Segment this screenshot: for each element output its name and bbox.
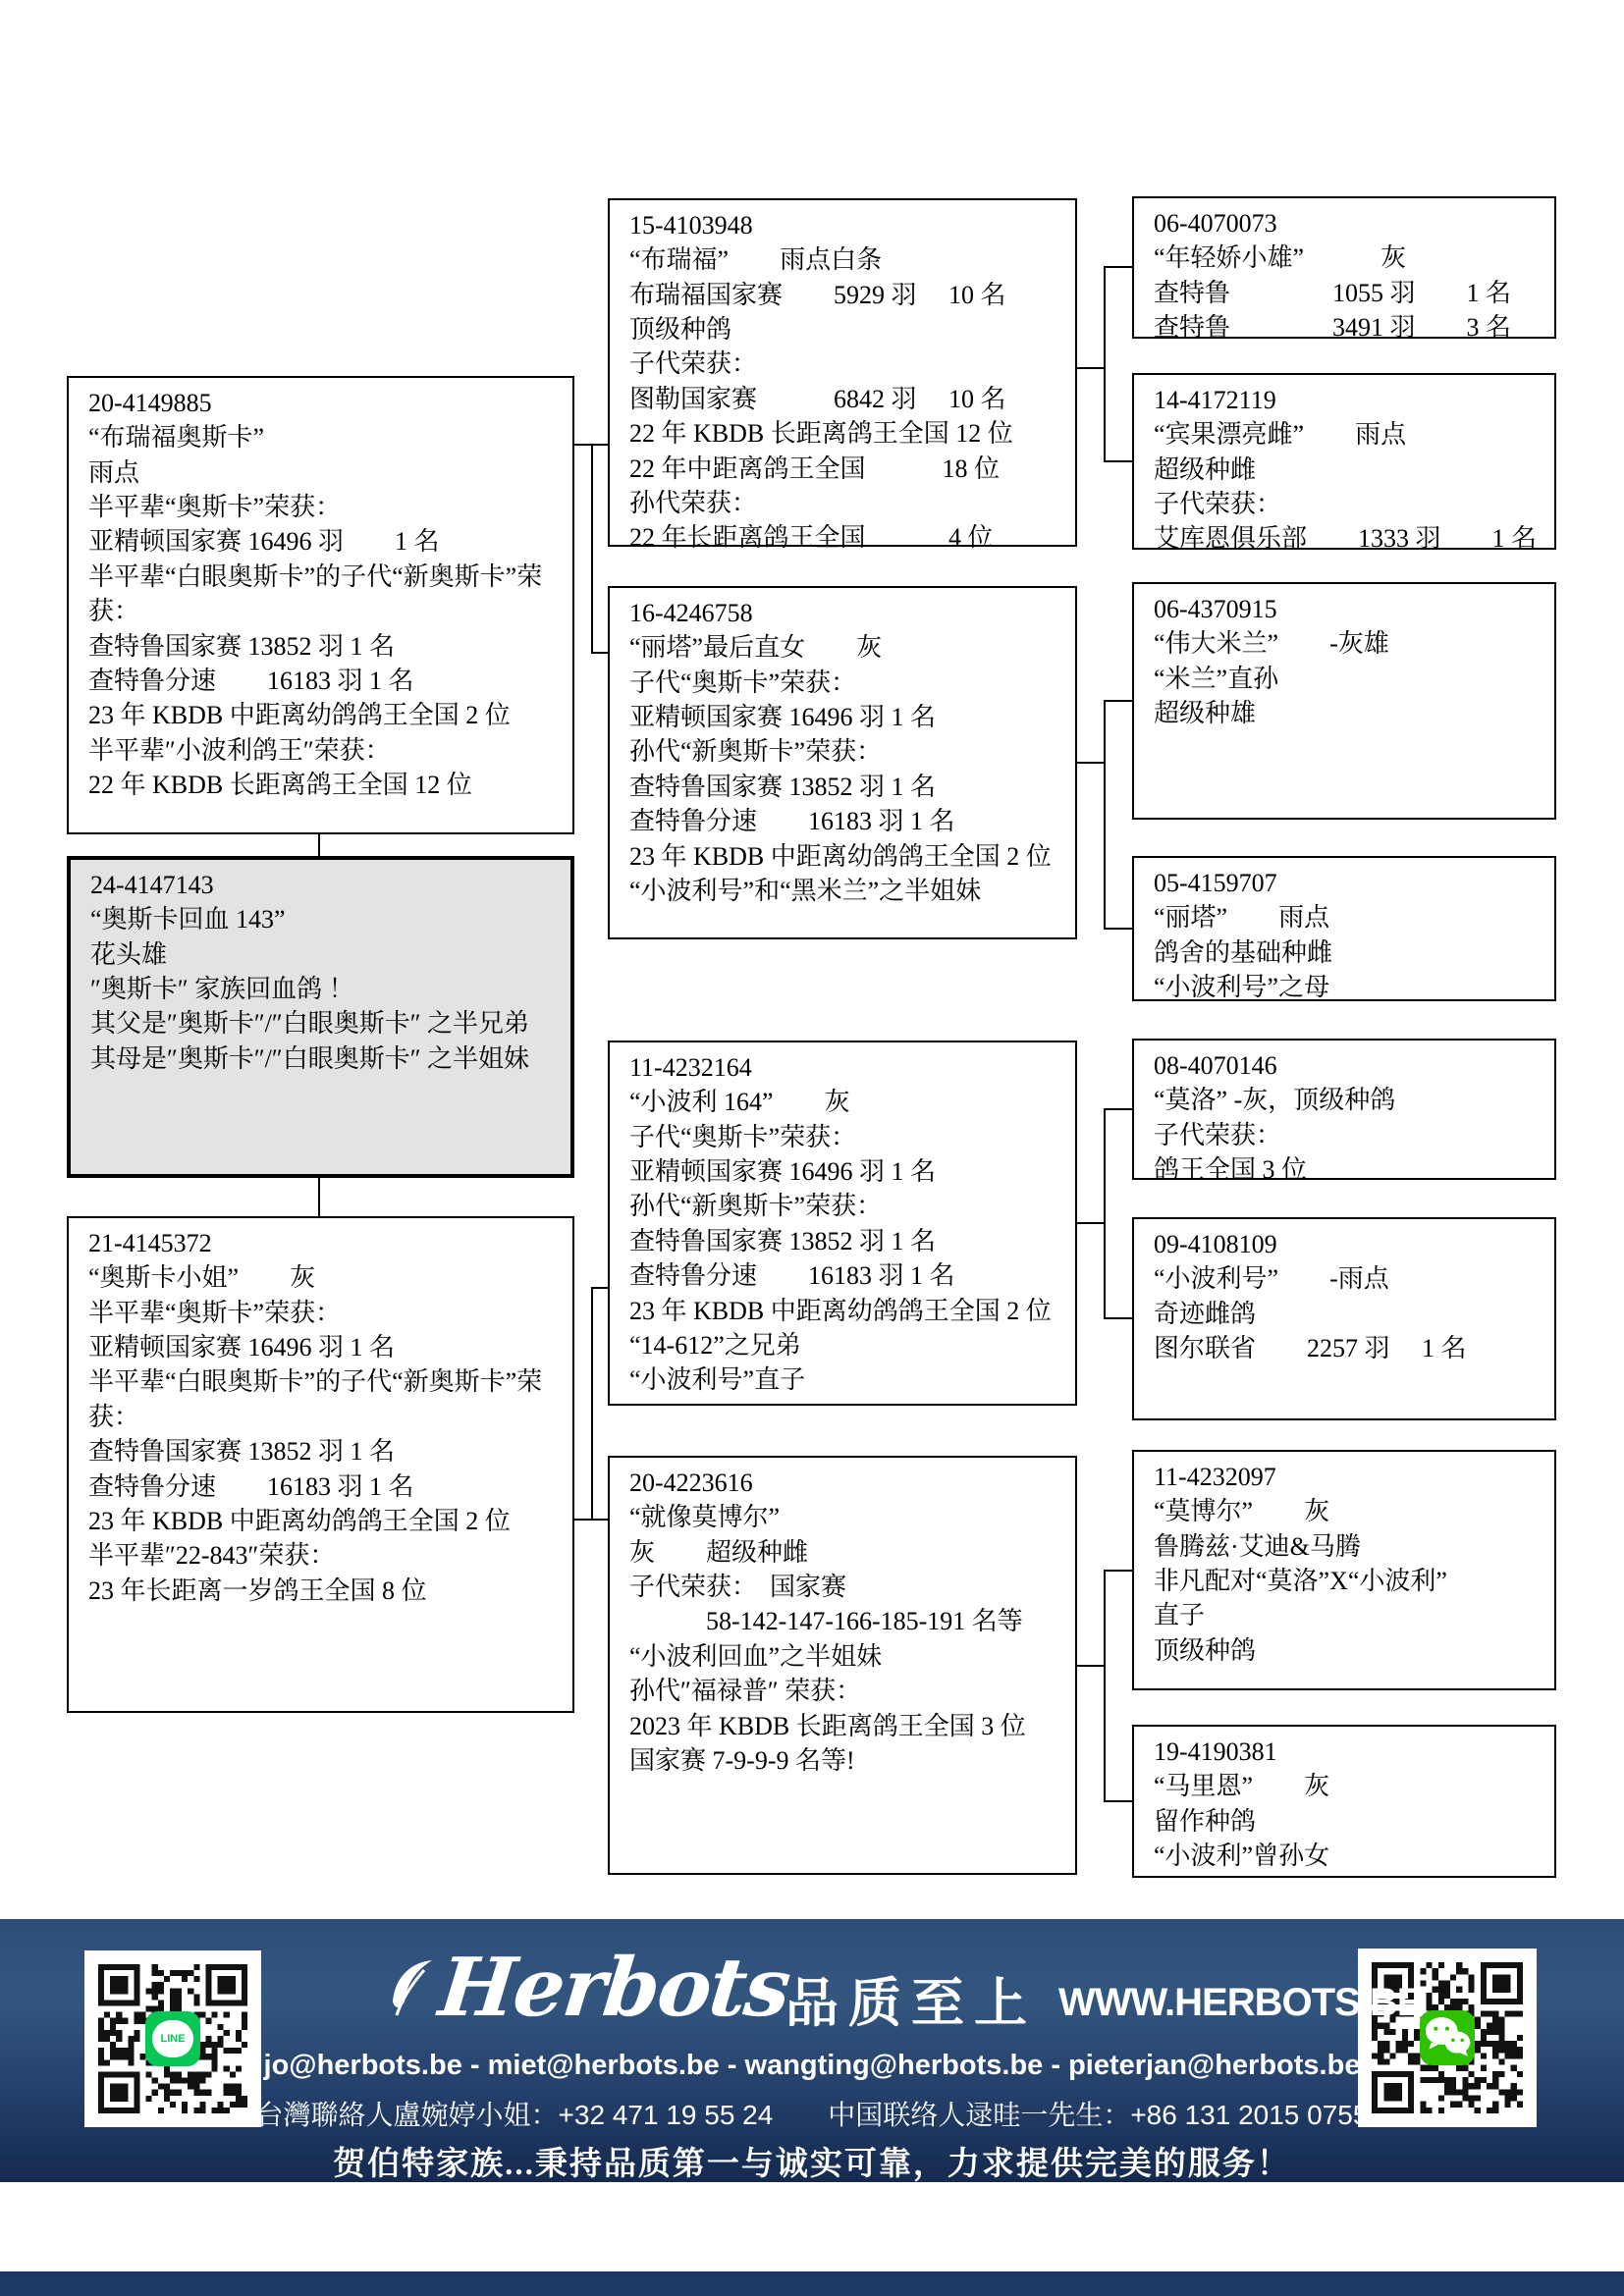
connector-line [1104, 928, 1132, 930]
pedigree-text-line: 23 年 KBDB 中距离幼鸽鸽王全国 2 位 [88, 1504, 557, 1538]
pedigree-text-line: 58-142-147-166-185-191 名等 [629, 1604, 1059, 1638]
pedigree-text-line: 布瑞福国家赛 5929 羽 10 名 [629, 278, 1059, 312]
pedigree-text-line: 20-4149885 [88, 386, 557, 420]
pedigree-text-line: 孙代荣获： [629, 486, 1059, 520]
pedigree-text-line: 半平辈″小波利鸽王″荣获： [88, 733, 557, 768]
pedigree-text-line: 查特鲁国家赛 13852 羽 1 名 [629, 770, 1059, 804]
pedigree-text-line: 鸽舍的基础种雌 [1154, 935, 1539, 970]
pedigree-text-line: “奥斯卡小姐” 灰 [88, 1260, 557, 1295]
connector-line [1104, 1570, 1132, 1572]
pedigree-text-line: 孙代″福禄普″ 荣获： [629, 1674, 1059, 1708]
pedigree-text-line: 19-4190381 [1154, 1735, 1539, 1769]
pedigree-text-line: 23 年长距离一岁鸽王全国 8 位 [88, 1574, 557, 1608]
pedigree-text-line: “丽塔”最后直女 灰 [629, 630, 1059, 665]
connector-line [1104, 1317, 1132, 1319]
pedigree-text-line: 子代荣获： [1154, 487, 1539, 521]
connector-line [1104, 1800, 1132, 1802]
pedigree-text-line: 亚精顿国家赛 16496 羽 1 名 [88, 524, 557, 559]
connector-line [1077, 1665, 1105, 1667]
feather-icon [391, 1958, 434, 2017]
pedigree-text-line: 半平辈“奥斯卡”荣获： [88, 490, 557, 524]
pedigree-text-line: 06-4370915 [1154, 592, 1539, 626]
pedigree-text-line: 非凡配对“莫洛”X“小波利” [1154, 1564, 1539, 1598]
great-grandparent-box-5: 08-4070146“莫洛” -灰，顶级种鸽子代荣获：鸽王全国 3 位 [1132, 1039, 1556, 1180]
connector-line [318, 1178, 320, 1218]
pedigree-text-line: 亚精顿国家赛 16496 羽 1 名 [629, 1154, 1059, 1189]
pedigree-text-line: 14-4172119 [1154, 383, 1539, 417]
connector-line [1104, 1570, 1106, 1802]
pedigree-text-line: 16-4246758 [629, 596, 1059, 630]
pedigree-text-line: 23 年 KBDB 中距离幼鸽鸽王全国 2 位 [629, 839, 1059, 874]
pedigree-text-line: 直子 [1154, 1598, 1539, 1632]
pedigree-text-line: “年轻娇小雄” 灰 [1154, 240, 1539, 275]
pedigree-text-line: 顶级种鸽 [1154, 1633, 1539, 1668]
pedigree-text-line: 顶级种鸽 [629, 312, 1059, 347]
connector-line [318, 834, 320, 858]
pedigree-text-line: 21-4145372 [88, 1226, 557, 1260]
pedigree-text-line: “14-612”之兄弟 [629, 1328, 1059, 1362]
pedigree-text-line: 20-4223616 [629, 1466, 1059, 1500]
pedigree-text-line: 图勒国家赛 6842 羽 10 名 [629, 382, 1059, 416]
pedigree-text-line: 查特鲁国家赛 13852 羽 1 名 [88, 1434, 557, 1468]
herbots-logo: Herbots [391, 1939, 788, 2037]
great-grandparent-box-1: 06-4070073“年轻娇小雄” 灰查特鲁 1055 羽 1 名查特鲁 349… [1132, 196, 1556, 339]
pedigree-text-line: 查特鲁 3491 羽 3 名 [1154, 310, 1539, 345]
pedigree-text-line: 11-4232164 [629, 1050, 1059, 1085]
pedigree-page: { "boxes": { "subject": { "lines": [ "24… [0, 0, 1624, 2296]
connector-line [1104, 266, 1106, 462]
pedigree-text-line: 子代荣获： [1154, 1118, 1539, 1152]
pedigree-text-line: “莫博尔” 灰 [1154, 1494, 1539, 1528]
pedigree-text-line: 05-4159707 [1154, 866, 1539, 900]
pedigree-text-line: 查特鲁国家赛 13852 羽 1 名 [88, 629, 557, 664]
pedigree-text-line: 子代“奥斯卡”荣获： [629, 666, 1059, 700]
pedigree-text-line: 超级种雄 [1154, 696, 1539, 730]
pedigree-text-line: 子代“奥斯卡”荣获： [629, 1120, 1059, 1154]
pedigree-text-line: “莫洛” -灰，顶级种鸽 [1154, 1083, 1539, 1117]
pedigree-text-line: 超级种雌 [1154, 453, 1539, 487]
pedigree-text-line: 子代荣获： [629, 347, 1059, 381]
pedigree-text-line: 孙代“新奥斯卡”荣获： [629, 734, 1059, 769]
pedigree-text-line: 花头雄 [90, 937, 555, 972]
pedigree-text-line: 15-4103948 [629, 208, 1059, 242]
pedigree-text-line: 查特鲁 1055 羽 1 名 [1154, 276, 1539, 310]
pedigree-text-line: 23 年 KBDB 中距离幼鸽鸽王全国 2 位 [88, 698, 557, 732]
pedigree-text-line: “小波利号” -雨点 [1154, 1261, 1539, 1296]
paternal-grandfather-box: 15-4103948“布瑞福” 雨点白条布瑞福国家赛 5929 羽 10 名顶级… [608, 198, 1077, 547]
pedigree-text-line: 24-4147143 [90, 868, 555, 902]
pedigree-text-line: 23 年 KBDB 中距离幼鸽鸽王全国 2 位 [629, 1294, 1059, 1328]
pedigree-text-line: 查特鲁分速 16183 羽 1 名 [629, 1258, 1059, 1293]
pedigree-text-line: 09-4108109 [1154, 1227, 1539, 1261]
pedigree-text-line: “小波利号”和“黑米兰”之半姐妹 [629, 874, 1059, 908]
great-grandparent-box-4: 05-4159707“丽塔” 雨点鸽舍的基础种雌“小波利号”之母 [1132, 856, 1556, 1001]
pedigree-text-line: “伟大米兰” -灰雄 [1154, 626, 1539, 661]
pedigree-text-line: 其母是″奥斯卡″/″白眼奥斯卡″ 之半姐妹 [90, 1041, 555, 1076]
footer-emails[interactable]: jo@herbots.be - miet@herbots.be - wangti… [0, 2050, 1624, 2082]
pedigree-text-line: “奥斯卡回血 143” [90, 902, 555, 936]
pedigree-text-line: “马里恩” 灰 [1154, 1769, 1539, 1803]
pedigree-text-line: “米兰”直孙 [1154, 662, 1539, 696]
pedigree-text-line: “就像莫博尔” [629, 1500, 1059, 1534]
pedigree-text-line: “布瑞福奥斯卡” [88, 420, 557, 454]
pedigree-text-line: 08-4070146 [1154, 1048, 1539, 1083]
pedigree-text-line: 艾库恩俱乐部 1333 羽 1 名 [1154, 521, 1539, 556]
pedigree-text-line: 亚精顿国家赛 16496 羽 1 名 [88, 1330, 557, 1364]
connector-line [591, 652, 608, 654]
pedigree-text-line: ″奥斯卡″ 家族回血鸽 ！ [90, 972, 555, 1006]
great-grandparent-box-8: 19-4190381“马里恩” 灰留作种鸽“小波利”曾孙女 [1132, 1725, 1556, 1878]
pedigree-text-line: 亚精顿国家赛 16496 羽 1 名 [629, 700, 1059, 734]
pedigree-text-line: 22 年中距离鸽王全国 18 位 [629, 452, 1059, 486]
pedigree-text-line: “丽塔” 雨点 [1154, 900, 1539, 934]
pedigree-text-line: 其父是″奥斯卡″/″白眼奥斯卡″ 之半兄弟 [90, 1006, 555, 1041]
pedigree-text-line: 查特鲁国家赛 13852 羽 1 名 [629, 1224, 1059, 1258]
father-box: 20-4149885“布瑞福奥斯卡”雨点半平辈“奥斯卡”荣获：亚精顿国家赛 16… [67, 376, 574, 834]
pedigree-text-line: 奇迹雌鸽 [1154, 1297, 1539, 1331]
pedigree-text-line: 半平辈“奥斯卡”荣获： [88, 1296, 557, 1330]
pedigree-text-line: “小波利”曾孙女 [1154, 1839, 1539, 1873]
herbots-logo-text: Herbots [435, 1941, 793, 2035]
pedigree-text-line: 22 年 KBDB 长距离鸽王全国 12 位 [88, 768, 557, 802]
pedigree-text-line: “小波利号”之母 [1154, 970, 1539, 1004]
footer-website[interactable]: WWW.HERBOTS.BE [1058, 1981, 1422, 2025]
connector-line [1104, 700, 1106, 930]
connector-line [1104, 1108, 1106, 1319]
maternal-grandfather-box: 11-4232164“小波利 164” 灰子代“奥斯卡”荣获：亚精顿国家赛 16… [608, 1041, 1077, 1406]
pedigree-text-line: 灰 超级种雌 [629, 1535, 1059, 1570]
pedigree-text-line: 查特鲁分速 16183 羽 1 名 [88, 1469, 557, 1504]
pedigree-text-line: 孙代“新奥斯卡”荣获： [629, 1189, 1059, 1223]
pedigree-text-line: 22 年 KBDB 长距离鸽王全国 12 位 [629, 416, 1059, 451]
pedigree-text-line: 22 年长距离鸽王全国 4 位 [629, 520, 1059, 555]
bottom-bar [0, 2271, 1624, 2296]
connector-line [1104, 460, 1132, 462]
connector-line [1077, 367, 1105, 369]
pedigree-text-line: 半平辈″22-843″荣获： [88, 1538, 557, 1573]
connector-line [1077, 762, 1105, 764]
connector-line [591, 1287, 593, 1521]
pedigree-text-line: 图尔联省 2257 羽 1 名 [1154, 1331, 1539, 1365]
great-grandparent-box-6: 09-4108109“小波利号” -雨点奇迹雌鸽图尔联省 2257 羽 1 名 [1132, 1217, 1556, 1420]
pedigree-text-line: 查特鲁分速 16183 羽 1 名 [88, 664, 557, 698]
connector-line [1104, 1108, 1132, 1110]
pedigree-text-line: 2023 年 KBDB 长距离鸽王全国 3 位 [629, 1709, 1059, 1743]
pedigree-text-line: “宾果漂亮雌” 雨点 [1154, 417, 1539, 452]
pedigree-text-line: 留作种鸽 [1154, 1804, 1539, 1839]
pedigree-text-line: “小波利回血”之半姐妹 [629, 1639, 1059, 1674]
connector-line [591, 1287, 608, 1289]
pedigree-text-line: 鸽王全国 3 位 [1154, 1152, 1539, 1187]
pedigree-text-line: 子代荣获： 国家赛 [629, 1570, 1059, 1604]
pedigree-text-line: 雨点 [88, 455, 557, 490]
connector-line [1077, 1222, 1105, 1224]
pedigree-text-line: 06-4070073 [1154, 206, 1539, 240]
footer-tagline: 品质至上 [785, 1961, 1037, 2037]
mother-box: 21-4145372“奥斯卡小姐” 灰半平辈“奥斯卡”荣获：亚精顿国家赛 164… [67, 1216, 574, 1713]
connector-line [574, 1519, 608, 1521]
pedigree-text-line: “布瑞福” 雨点白条 [629, 242, 1059, 277]
connector-line [1104, 700, 1132, 702]
pedigree-text-line: 鲁腾兹·艾迪&马腾 [1154, 1529, 1539, 1564]
pedigree-text-line: 查特鲁分速 16183 羽 1 名 [629, 804, 1059, 838]
footer-slogan: 贺伯特家族...秉持品质第一与诚实可靠，力求提供完美的服务！ [0, 2138, 1624, 2184]
pedigree-text-line: 半平辈“白眼奥斯卡”的子代“新奥斯卡”荣获： [88, 560, 557, 629]
pedigree-text-line: 国家赛 7-9-9-9 名等! [629, 1743, 1059, 1778]
great-grandparent-box-3: 06-4370915“伟大米兰” -灰雄“米兰”直孙超级种雄 [1132, 582, 1556, 820]
pedigree-text-line: 11-4232097 [1154, 1460, 1539, 1494]
maternal-grandmother-box: 20-4223616“就像莫博尔”灰 超级种雌子代荣获： 国家赛 58-142-… [608, 1456, 1077, 1875]
line-icon-label: LINE [160, 2033, 185, 2045]
great-grandparent-box-7: 11-4232097“莫博尔” 灰鲁腾兹·艾迪&马腾非凡配对“莫洛”X“小波利”… [1132, 1450, 1556, 1690]
connector-line [591, 444, 593, 654]
footer-contacts: 台灣聯絡人盧婉婷小姐：+32 471 19 55 24 中国联络人逯晆一先生：+… [0, 2094, 1624, 2133]
subject-box: 24-4147143“奥斯卡回血 143”花头雄″奥斯卡″ 家族回血鸽 ！其父是… [67, 856, 574, 1178]
great-grandparent-box-2: 14-4172119“宾果漂亮雌” 雨点超级种雌子代荣获：艾库恩俱乐部 1333… [1132, 373, 1556, 550]
pedigree-text-line: 半平辈“白眼奥斯卡”的子代“新奥斯卡”荣获： [88, 1364, 557, 1434]
connector-line [1104, 266, 1132, 268]
pedigree-text-line: “小波利 164” 灰 [629, 1085, 1059, 1119]
paternal-grandmother-box: 16-4246758“丽塔”最后直女 灰子代“奥斯卡”荣获：亚精顿国家赛 164… [608, 586, 1077, 939]
pedigree-text-line: “小波利号”直子 [629, 1362, 1059, 1397]
